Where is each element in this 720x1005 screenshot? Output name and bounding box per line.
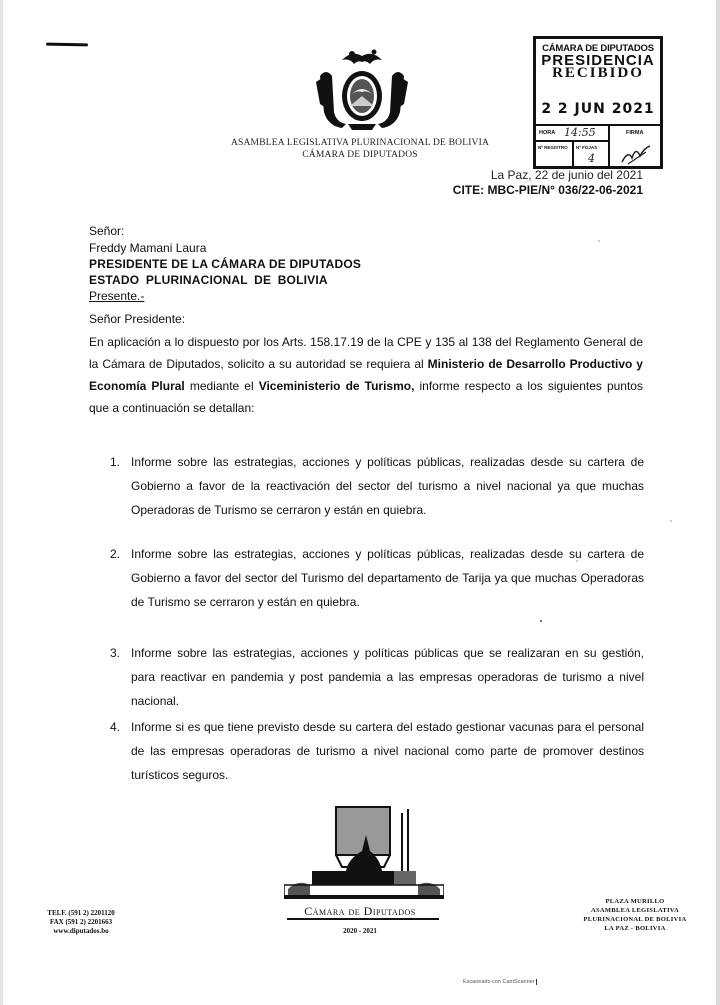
intro-paragraph: En aplicación a lo dispuesto por los Art… <box>89 331 643 419</box>
coat-of-arms-icon <box>312 46 412 132</box>
chamber-name: CÁMARA DE DIPUTADOS <box>190 150 530 160</box>
recipient-state: ESTADO PLURINACIONAL DE BOLIVIA <box>89 273 328 287</box>
stamp-date: 2 2 JUN 2021 <box>536 101 660 117</box>
scanner-watermark: Escaneado con CamScanner <box>463 979 537 985</box>
address-line: PLURINACIONAL DE BOLIVIA <box>580 915 690 924</box>
item-text: Informe sobre las estrategias, acciones … <box>131 450 644 522</box>
recipient-name: Freddy Mamani Laura <box>89 241 206 255</box>
page-edge <box>0 0 3 1005</box>
stamp-hora-label: HORA <box>539 130 555 136</box>
fax: FAX (591 2) 2201663 <box>36 918 126 927</box>
footer-address: PLAZA MURILLO ASAMBLEA LEGISLATIVA PLURI… <box>580 897 690 933</box>
scan-speck <box>670 520 672 522</box>
received-stamp: CÁMARA DE DIPUTADOS PRESIDENCIA RECIBIDO… <box>533 36 663 169</box>
stamp-firma-label: FIRMA <box>626 130 643 136</box>
salutation: Señor: <box>89 224 124 238</box>
scan-speck <box>540 620 542 622</box>
website-link[interactable]: www.diputados.bo <box>36 927 126 936</box>
stamp-fojas-label: Nº FOJAS <box>576 145 597 150</box>
stamp-registro-label: Nº REGISTRO <box>538 145 568 150</box>
scan-speck <box>576 560 578 562</box>
pen-mark <box>46 43 88 47</box>
stamp-fojas-value: 4 <box>588 152 595 165</box>
item-number: 1. <box>110 450 128 474</box>
intro-text: mediante el <box>185 379 259 393</box>
scan-speck <box>575 460 577 462</box>
list-item: 1. Informe sobre las estrategias, accion… <box>110 450 644 522</box>
recipient-title: PRESIDENTE DE LA CÁMARA DE DIPUTADOS <box>89 257 361 271</box>
presente: Presente.- <box>89 289 144 303</box>
list-item: 3. Informe sobre las estrategias, accion… <box>110 641 644 713</box>
cite-reference: CITE: MBC-PIE/N° 036/22-06-2021 <box>440 183 643 197</box>
stamp-recibido: RECIBIDO <box>536 65 660 82</box>
greeting: Señor Presidente: <box>89 312 185 326</box>
footer-contact: TELF. (591 2) 2201120 FAX (591 2) 220166… <box>36 909 126 936</box>
place-date: La Paz, 22 de junio del 2021 <box>480 168 643 182</box>
parliament-building-icon <box>284 805 444 905</box>
page-edge <box>716 0 720 1005</box>
item-number: 2. <box>110 542 128 566</box>
stamp-grid: HORA 14:55 FIRMA Nº REGISTRO Nº FOJAS 4 <box>536 124 660 166</box>
signature-icon <box>618 142 654 166</box>
item-text: Informe sobre las estrategias, acciones … <box>131 641 644 713</box>
scan-speck <box>598 240 600 242</box>
item-number: 4. <box>110 715 128 739</box>
list-item: 2. Informe sobre las estrategias, accion… <box>110 542 644 614</box>
address-line: PLAZA MURILLO <box>580 897 690 906</box>
stamp-hora-value: 14:55 <box>564 126 596 139</box>
footer-org-name: Cámara de Diputados <box>270 904 450 919</box>
address-line: ASAMBLEA LEGISLATIVA <box>580 906 690 915</box>
address-line: LA PAZ - BOLIVIA <box>580 924 690 933</box>
institution-name: ASAMBLEA LEGISLATIVA PLURINACIONAL DE BO… <box>190 138 530 148</box>
item-text: Informe sobre las estrategias, acciones … <box>131 542 644 614</box>
item-text: Informe si es que tiene previsto desde s… <box>131 715 644 787</box>
phone: TELF. (591 2) 2201120 <box>36 909 126 918</box>
item-number: 3. <box>110 641 128 665</box>
viceministry-name: Viceministerio de Turismo, <box>259 379 415 393</box>
footer-divider <box>287 918 439 920</box>
list-item: 4. Informe si es que tiene previsto desd… <box>110 715 644 787</box>
footer-years: 2020 - 2021 <box>300 927 420 935</box>
